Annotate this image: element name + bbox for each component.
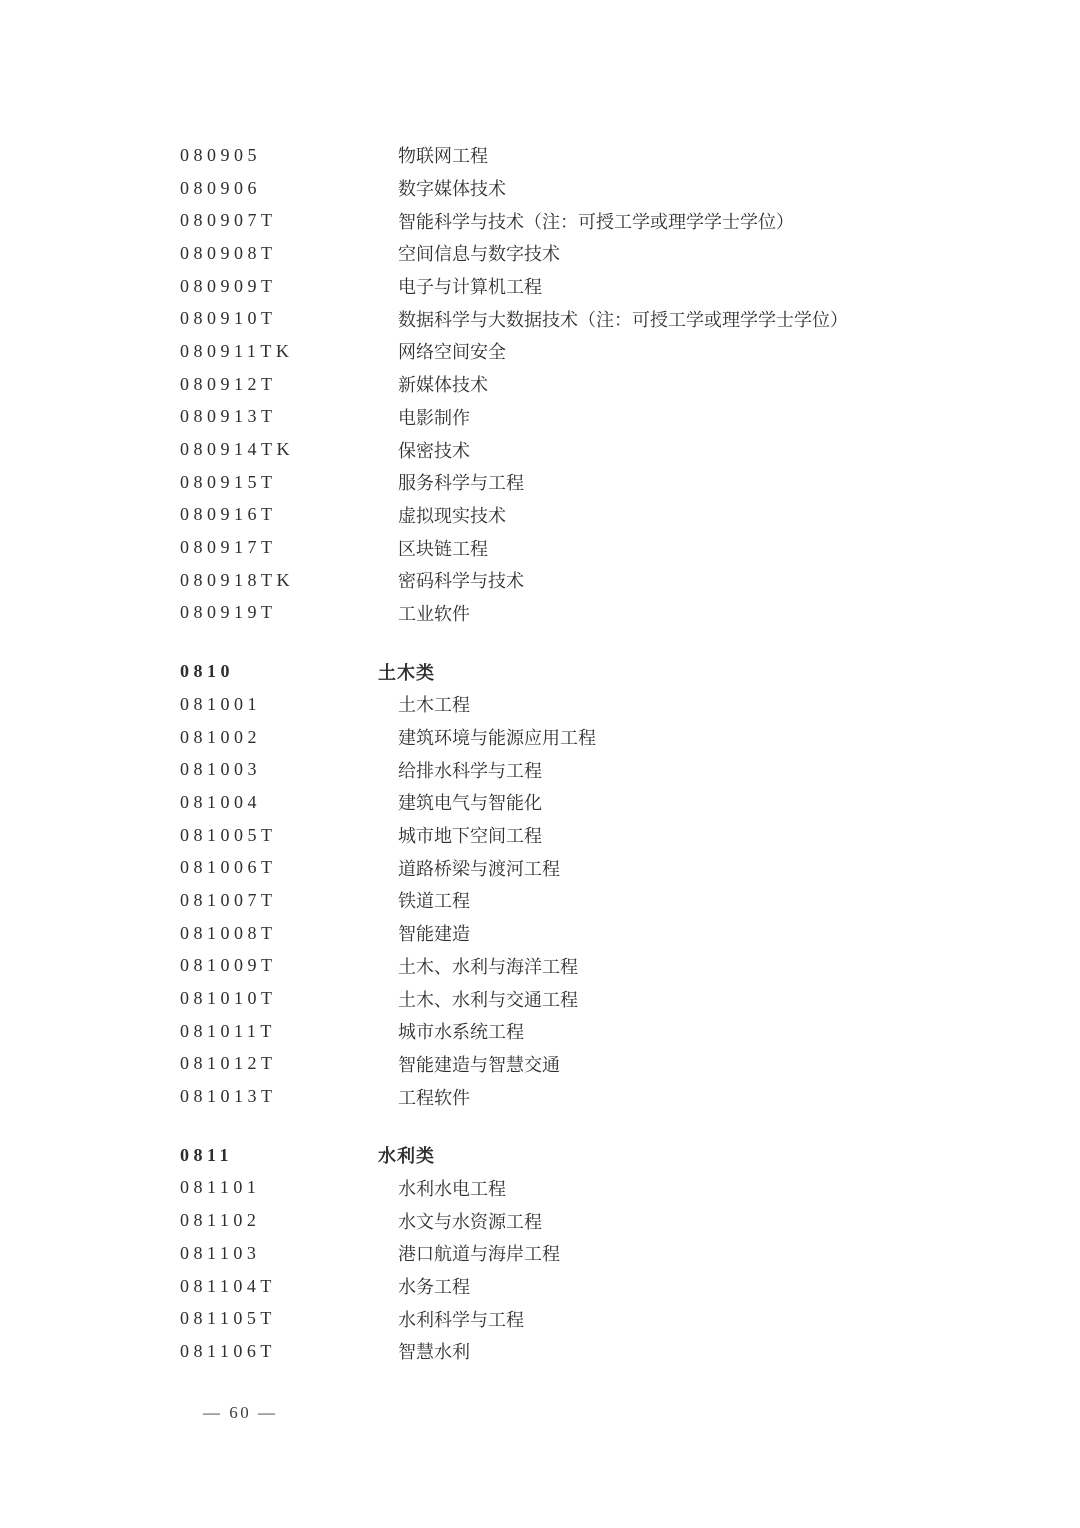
major-name: 港口航道与海岸工程 (378, 1240, 560, 1266)
major-row: 081105T水利科学与工程 (180, 1302, 1020, 1335)
major-name: 水文与水资源工程 (378, 1208, 542, 1234)
major-name: 土木、水利与交通工程 (378, 986, 578, 1012)
major-row: 081003给排水科学与工程 (180, 753, 1020, 786)
major-row: 080914TK保密技术 (180, 433, 1020, 466)
page-number: — 60 — (203, 1403, 278, 1423)
major-row: 080913T电影制作 (180, 401, 1020, 434)
major-code: 081009T (180, 955, 378, 976)
major-row: 080918TK密码科学与技术 (180, 564, 1020, 597)
major-name: 智能建造与智慧交通 (378, 1051, 560, 1077)
major-code: 080905 (180, 145, 378, 166)
major-row: 081104T水务工程 (180, 1270, 1020, 1303)
major-row: 080908T空间信息与数字技术 (180, 237, 1020, 270)
major-code: 080911TK (180, 341, 378, 362)
major-row: 080912T新媒体技术 (180, 368, 1020, 401)
major-code: 080914TK (180, 439, 378, 460)
major-name: 铁道工程 (378, 887, 470, 913)
major-code: 080906 (180, 178, 378, 199)
major-row: 080917T区块链工程 (180, 531, 1020, 564)
major-code: 081013T (180, 1086, 378, 1107)
major-row: 081008T智能建造 (180, 917, 1020, 950)
major-name: 网络空间安全 (378, 338, 506, 364)
document-page: 080905物联网工程080906数字媒体技术080907T智能科学与技术（注：… (0, 0, 1080, 1528)
major-row: 081011T城市水系统工程 (180, 1015, 1020, 1048)
major-row: 080910T数据科学与大数据技术（注：可授工学或理学学士学位） (180, 302, 1020, 335)
major-row: 081010T土木、水利与交通工程 (180, 982, 1020, 1015)
major-code: 080907T (180, 210, 378, 231)
major-code: 081104T (180, 1276, 378, 1297)
major-code: 081004 (180, 792, 378, 813)
major-code: 081011T (180, 1021, 378, 1042)
major-row: 081013T工程软件 (180, 1080, 1020, 1113)
major-row: 081005T城市地下空间工程 (180, 819, 1020, 852)
major-row: 080907T智能科学与技术（注：可授工学或理学学士学位） (180, 204, 1020, 237)
major-code: 080915T (180, 472, 378, 493)
major-code: 080908T (180, 243, 378, 264)
category-title: 土木类 (378, 659, 435, 685)
major-code: 081105T (180, 1308, 378, 1329)
major-row: 080905物联网工程 (180, 139, 1020, 172)
major-row: 080906数字媒体技术 (180, 172, 1020, 205)
major-row: 080911TK网络空间安全 (180, 335, 1020, 368)
major-name: 水利科学与工程 (378, 1306, 524, 1332)
major-name: 物联网工程 (378, 142, 488, 168)
major-name: 服务科学与工程 (378, 469, 524, 495)
category-header-row: 0810土木类 (180, 655, 1020, 688)
major-name: 水务工程 (378, 1273, 470, 1299)
major-code: 080919T (180, 602, 378, 623)
major-name: 土木、水利与海洋工程 (378, 953, 578, 979)
category-title: 水利类 (378, 1142, 435, 1168)
major-code: 080916T (180, 504, 378, 525)
major-code: 081005T (180, 825, 378, 846)
major-name: 道路桥梁与渡河工程 (378, 855, 560, 881)
major-code: 080912T (180, 374, 378, 395)
major-code: 081106T (180, 1341, 378, 1362)
major-code: 081008T (180, 923, 378, 944)
major-name: 新媒体技术 (378, 371, 488, 397)
major-code: 081003 (180, 759, 378, 780)
major-name: 给排水科学与工程 (378, 757, 542, 783)
major-name: 城市地下空间工程 (378, 822, 542, 848)
major-row: 081103港口航道与海岸工程 (180, 1237, 1020, 1270)
major-code: 081006T (180, 857, 378, 878)
major-row: 081102水文与水资源工程 (180, 1204, 1020, 1237)
major-name: 土木工程 (378, 691, 470, 717)
major-name: 数据科学与大数据技术（注：可授工学或理学学士学位） (378, 306, 848, 332)
major-name: 密码科学与技术 (378, 567, 524, 593)
major-row: 081012T智能建造与智慧交通 (180, 1048, 1020, 1081)
major-name: 工业软件 (378, 600, 470, 626)
major-code: 080918TK (180, 570, 378, 591)
major-name: 水利水电工程 (378, 1175, 506, 1201)
major-code: 080909T (180, 276, 378, 297)
major-row: 081002建筑环境与能源应用工程 (180, 721, 1020, 754)
major-code: 081103 (180, 1243, 378, 1264)
major-category-section: 0811水利类081101水利水电工程081102水文与水资源工程081103港… (180, 1139, 1020, 1368)
major-name: 城市水系统工程 (378, 1018, 524, 1044)
major-name: 电子与计算机工程 (378, 273, 542, 299)
category-code: 0811 (180, 1145, 378, 1166)
major-code: 081101 (180, 1177, 378, 1198)
major-code: 080910T (180, 308, 378, 329)
major-name: 电影制作 (378, 404, 470, 430)
major-catalog: 080905物联网工程080906数字媒体技术080907T智能科学与技术（注：… (180, 139, 1020, 1368)
major-name: 数字媒体技术 (378, 175, 506, 201)
major-name: 工程软件 (378, 1084, 470, 1110)
major-row: 081101水利水电工程 (180, 1172, 1020, 1205)
major-row: 080909T电子与计算机工程 (180, 270, 1020, 303)
major-name: 智慧水利 (378, 1338, 470, 1364)
major-name: 虚拟现实技术 (378, 502, 506, 528)
major-name: 智能科学与技术（注：可授工学或理学学士学位） (378, 208, 794, 234)
major-name: 建筑电气与智能化 (378, 789, 542, 815)
major-row: 081001土木工程 (180, 688, 1020, 721)
major-row: 081006T道路桥梁与渡河工程 (180, 851, 1020, 884)
category-code: 0810 (180, 661, 378, 682)
major-row: 081004建筑电气与智能化 (180, 786, 1020, 819)
major-code: 081002 (180, 727, 378, 748)
major-code: 080913T (180, 406, 378, 427)
major-name: 区块链工程 (378, 535, 488, 561)
major-row: 080919T工业软件 (180, 597, 1020, 630)
category-header-row: 0811水利类 (180, 1139, 1020, 1172)
major-row: 081106T智慧水利 (180, 1335, 1020, 1368)
major-code: 081010T (180, 988, 378, 1009)
major-code: 081012T (180, 1053, 378, 1074)
major-name: 智能建造 (378, 920, 470, 946)
major-code: 081007T (180, 890, 378, 911)
major-code: 081001 (180, 694, 378, 715)
major-code: 080917T (180, 537, 378, 558)
major-row: 081007T铁道工程 (180, 884, 1020, 917)
major-row: 080915T服务科学与工程 (180, 466, 1020, 499)
major-name: 空间信息与数字技术 (378, 240, 560, 266)
major-row: 081009T土木、水利与海洋工程 (180, 950, 1020, 983)
major-name: 建筑环境与能源应用工程 (378, 724, 596, 750)
major-code: 081102 (180, 1210, 378, 1231)
major-name: 保密技术 (378, 437, 470, 463)
major-category-section: 0810土木类081001土木工程081002建筑环境与能源应用工程081003… (180, 655, 1020, 1113)
major-category-section: 080905物联网工程080906数字媒体技术080907T智能科学与技术（注：… (180, 139, 1020, 629)
major-row: 080916T虚拟现实技术 (180, 499, 1020, 532)
